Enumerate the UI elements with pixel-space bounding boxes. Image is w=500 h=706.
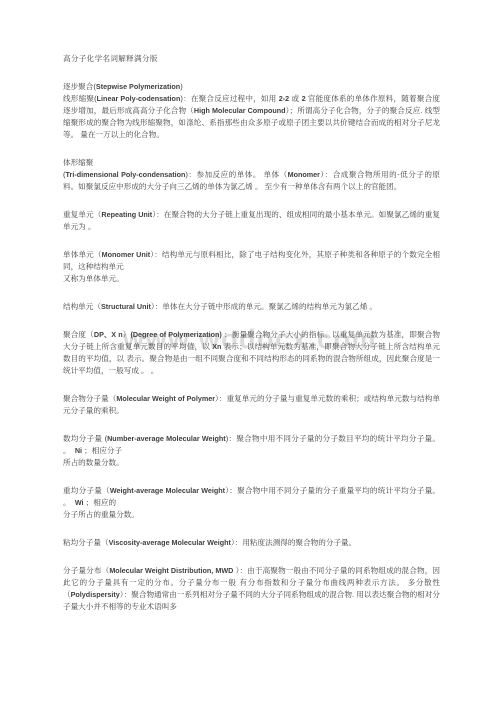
paragraph: 逐步聚合(Stepwise Polymerization) 线形缩聚(Linea… <box>63 81 440 141</box>
term-highlight: Wi <box>75 498 84 507</box>
paragraph: 粘均分子量（Viscosity-average Molecular Weight… <box>63 537 440 549</box>
term-highlight: Structural Unit <box>101 302 151 311</box>
text-run: 或 <box>289 94 301 103</box>
term-highlight: Number-average Molecular Weight <box>107 434 226 443</box>
document-content: 高分子化学名词解释满分版 逐步聚合(Stepwise Polymerizatio… <box>63 53 440 629</box>
term-highlight: Weight-average Molecular Weight <box>110 486 225 495</box>
text-run: ）：聚合物通常由一系列相对分子量不同的大分子同系物组成的混合物. 用以表达聚合物… <box>63 590 440 611</box>
text-run: 重均分子量（ <box>63 486 110 495</box>
term-highlight: Monomer <box>288 170 320 179</box>
term-highlight: Monomer Unit <box>102 250 150 259</box>
paragraph: 聚合物分子量（Molecular Weight of Polymer）：重复单元… <box>63 393 440 417</box>
text-run: )：参加反应的单体。 单体（ <box>185 170 287 179</box>
text-run: 粘均分子量（ <box>63 538 109 547</box>
term-highlight: Molecular Weight Distribution, MWD <box>109 566 233 575</box>
document-title: 高分子化学名词解释满分版 <box>63 53 440 65</box>
text-run: 分子量分布（ <box>63 566 109 575</box>
term-highlight: Xn <box>212 342 221 351</box>
text-run: ）：单体在大分子链中形成的单元。聚氯乙烯的结构单元为氯乙烯 。 <box>151 302 377 311</box>
text-run: 单体单元（ <box>63 250 102 259</box>
term-highlight: Ni <box>75 446 82 455</box>
term-highlight: (Degree of Polymerization) <box>130 330 221 339</box>
term-highlight: Linear Poly-codensation <box>97 94 181 103</box>
document-page: www.wodocx.com 高分子化学名词解释满分版 逐步聚合(Stepwis… <box>0 0 500 706</box>
text-run: 聚合物分子量（ <box>63 394 116 403</box>
paragraph: 分子量分布（Molecular Weight Distribution, MWD… <box>63 565 440 613</box>
term-highlight: 2-2 <box>279 94 289 103</box>
paragraph: 重均分子量（Weight-average Molecular Weight）：聚… <box>63 485 440 521</box>
paragraph: 数均分子量 (Number-average Molecular Weight)：… <box>63 433 440 469</box>
text-run: 重复单元（ <box>63 210 101 219</box>
term-highlight: Molecular Weight of Polymer <box>116 394 215 403</box>
text-run: 逐步聚合( <box>63 82 96 91</box>
term-highlight: High Molecular Compound <box>194 106 286 115</box>
text-run: )：在聚合反应过程中，如用 <box>180 94 278 103</box>
term-highlight: Repeating Unit <box>101 210 152 219</box>
term-highlight: Tri-dimensional Poly-condensation <box>66 170 186 179</box>
paragraph: 体形缩聚 (Tri-dimensional Poly-condensation)… <box>63 157 440 193</box>
document-body: 逐步聚合(Stepwise Polymerization) 线形缩聚(Linea… <box>63 81 440 613</box>
paragraph: 聚合度（DP、X n）(Degree of Polymerization) ：衡… <box>63 329 440 377</box>
text-run: 聚合度（ <box>63 330 94 339</box>
term-highlight: DP、X n <box>94 330 123 339</box>
text-run: ）：用粘度法测得的聚合物的分子量。 <box>231 538 356 547</box>
paragraph: 结构单元（Structural Unit）：单体在大分子链中形成的单元。聚氯乙烯… <box>63 301 440 313</box>
term-highlight: Stepwise Polymerization <box>96 82 180 91</box>
text-run: 结构单元（ <box>63 302 101 311</box>
paragraph: 重复单元（Repeating Unit）：在聚合物的大分子链上重复出现的、组成相… <box>63 209 440 233</box>
text-run: 数均分子量 ( <box>63 434 107 443</box>
term-highlight: Viscosity-average Molecular Weight <box>109 538 231 547</box>
paragraph: 单体单元（Monomer Unit）：结构单元与原料相比，除了电子结构变化外，其… <box>63 249 440 285</box>
term-highlight: Polydispersity <box>71 590 120 599</box>
